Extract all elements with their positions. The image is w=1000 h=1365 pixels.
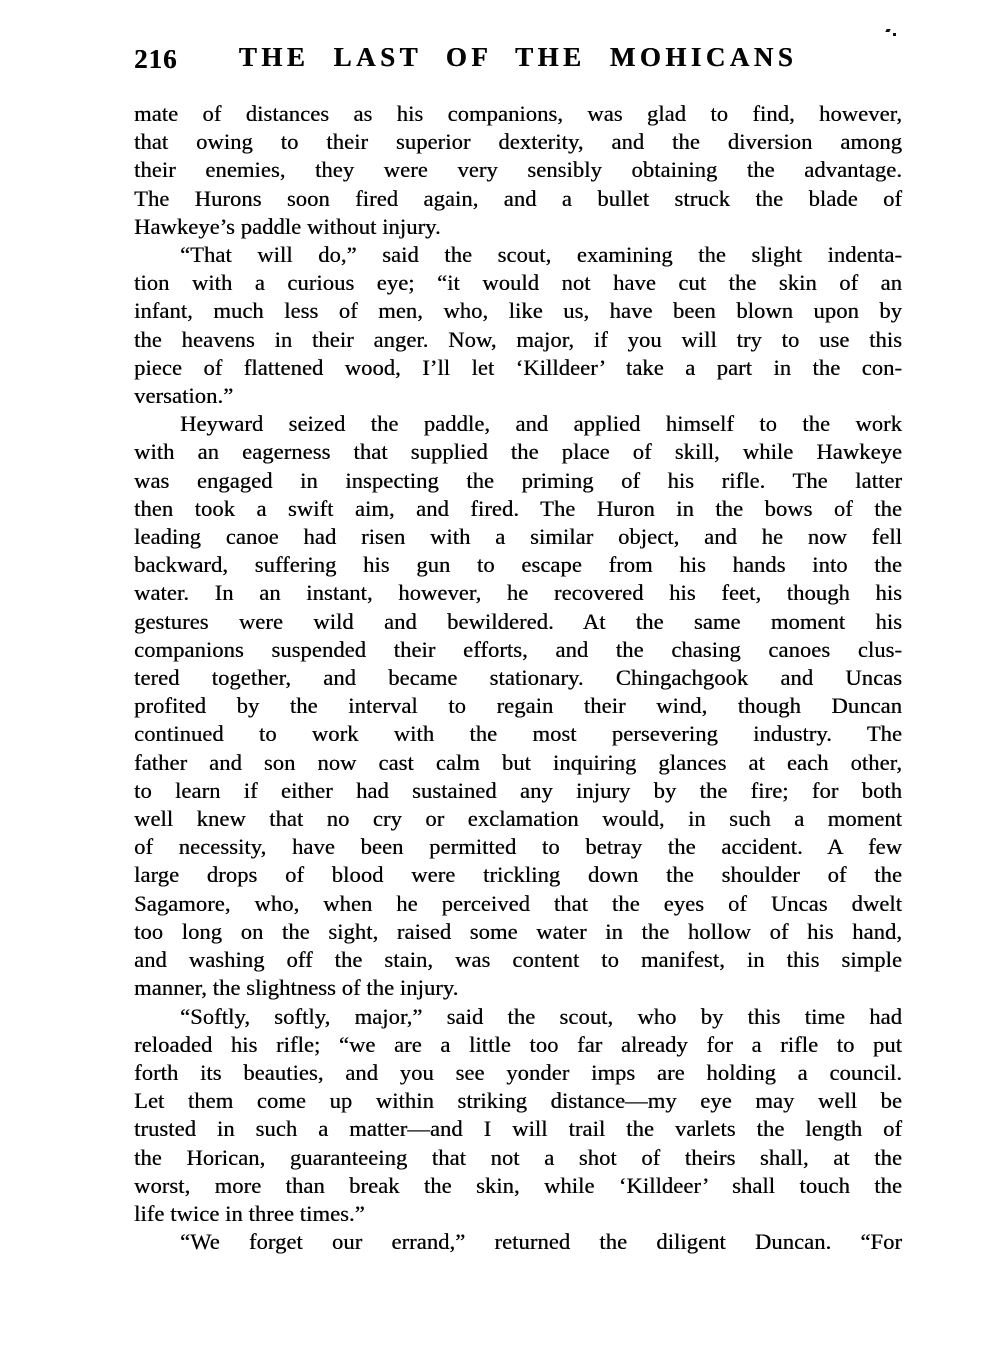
text-line: continued to work with the most persever… (134, 720, 902, 748)
text-line: water. In an instant, however, he recove… (134, 579, 902, 607)
text-line: to learn if either had sustained any inj… (134, 777, 902, 805)
text-line: the heavens in their anger. Now, major, … (134, 326, 902, 354)
running-head: 216 THE LAST OF THE MOHICANS (134, 42, 902, 78)
text-line: mate of distances as his companions, was… (134, 100, 902, 128)
text-line: well knew that no cry or exclamation wou… (134, 805, 902, 833)
scan-speck-artifact (886, 29, 898, 37)
text-line: tion with a curious eye; “it would not h… (134, 269, 902, 297)
text-line: trusted in such a matter—and I will trai… (134, 1115, 902, 1143)
text-line: Sagamore, who, when he perceived that th… (134, 890, 902, 918)
page-number: 216 (134, 44, 178, 75)
text-line: worst, more than break the skin, while ‘… (134, 1172, 902, 1200)
page-body: mate of distances as his companions, was… (134, 100, 902, 1256)
text-line: with an eagerness that supplied the plac… (134, 438, 902, 466)
text-line: leading canoe had risen with a similar o… (134, 523, 902, 551)
text-line: profited by the interval to regain their… (134, 692, 902, 720)
text-line: father and son now cast calm but inquiri… (134, 749, 902, 777)
text-line: of necessity, have been permitted to bet… (134, 833, 902, 861)
text-line: Hawkeye’s paddle without injury. (134, 213, 902, 241)
text-line: large drops of blood were trickling down… (134, 861, 902, 889)
text-line: then took a swift aim, and fired. The Hu… (134, 495, 902, 523)
text-line: infant, much less of men, who, like us, … (134, 297, 902, 325)
text-line: was engaged in inspecting the priming of… (134, 467, 902, 495)
text-line: life twice in three times.” (134, 1200, 902, 1228)
text-line: versation.” (134, 382, 902, 410)
text-line: reloaded his rifle; “we are a little too… (134, 1031, 902, 1059)
text-line: gestures were wild and bewildered. At th… (134, 608, 902, 636)
text-line: backward, suffering his gun to escape fr… (134, 551, 902, 579)
text-line: “Softly, softly, major,” said the scout,… (134, 1003, 902, 1031)
text-line: Let them come up within striking distanc… (134, 1087, 902, 1115)
text-line: “We forget our errand,” returned the dil… (134, 1228, 902, 1256)
text-line: “That will do,” said the scout, examinin… (134, 241, 902, 269)
text-line: forth its beauties, and you see yonder i… (134, 1059, 902, 1087)
text-line: manner, the slightness of the injury. (134, 974, 902, 1002)
text-line: tered together, and became stationary. C… (134, 664, 902, 692)
book-page: 216 THE LAST OF THE MOHICANS mate of dis… (0, 0, 1000, 1365)
text-line: their enemies, they were very sensibly o… (134, 156, 902, 184)
text-line: that owing to their superior dexterity, … (134, 128, 902, 156)
running-title: THE LAST OF THE MOHICANS (134, 42, 902, 73)
text-line: companions suspended their efforts, and … (134, 636, 902, 664)
text-line: piece of flattened wood, I’ll let ‘Killd… (134, 354, 902, 382)
text-line: too long on the sight, raised some water… (134, 918, 902, 946)
text-line: The Hurons soon fired again, and a bulle… (134, 185, 902, 213)
text-line: Heyward seized the paddle, and applied h… (134, 410, 902, 438)
text-line: the Horican, guaranteeing that not a sho… (134, 1144, 902, 1172)
text-line: and washing off the stain, was content t… (134, 946, 902, 974)
